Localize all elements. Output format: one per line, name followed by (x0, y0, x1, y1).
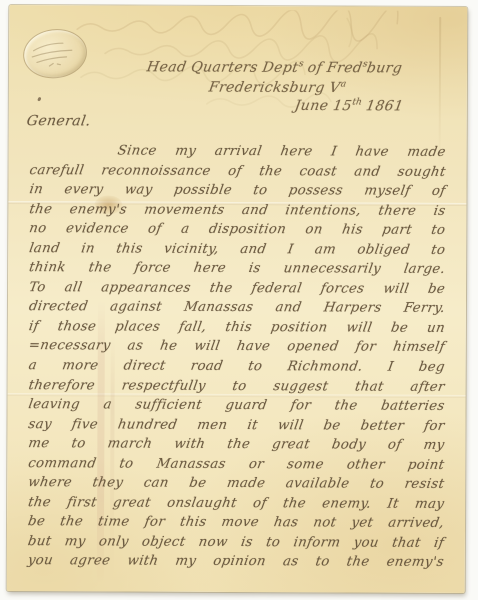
letter-line: no evidence of a disposition on his part… (28, 219, 447, 240)
letter-line: To all appearances the federal forces wi… (27, 278, 446, 299)
letter-line: Since my arrival here I have made (28, 141, 447, 162)
letter-line: leaving a sufficient guard for the batte… (27, 395, 446, 416)
heading-text: Fredericksburg V (208, 80, 342, 97)
heading-place-line: Fredericksburg Va (208, 79, 347, 96)
salutation: General. (25, 113, 92, 129)
letter-line: in every way possible to possess myself … (28, 180, 447, 201)
date-text: 1861 (360, 98, 405, 114)
letter-line: the enemy's movements and intentions, th… (28, 200, 447, 221)
letter-line: me to march with the great body of my (27, 434, 446, 455)
letter-line: therefore respectfully to suggest that a… (27, 376, 446, 397)
letter-line: you agree with my opinion as to the enem… (26, 552, 445, 573)
letter-line: =necessary as he will have opened for hi… (27, 337, 446, 358)
letter-line: directed against Manassas and Harpers Fe… (27, 297, 446, 318)
letter-paper: Head Quarters Depts of Fredsburg Frederi… (7, 5, 468, 593)
letter-line: carefull reconnoissance of the coast and… (28, 161, 447, 182)
letter-line: but my only object now is to inform you … (26, 532, 445, 553)
heading-text: of Fred (302, 60, 364, 76)
letter-line: be the time for this move has not yet ar… (26, 512, 445, 533)
letter-line: a more direct road to Richmond. I beg (27, 356, 446, 377)
heading-text: Head Quarters Dept (146, 59, 300, 76)
letter-line: if those places fall, this position will… (27, 317, 446, 338)
heading-department-line: Head Quarters Depts of Fredsburg (146, 59, 404, 77)
letter-line: the first great onslaught of the enemy. … (27, 493, 446, 514)
letter-line: say five hundred men it will be better f… (27, 415, 446, 436)
date-text: June 15 (293, 98, 353, 114)
scan-background: { "letter": { "heading": { "line1": { "p… (0, 0, 478, 600)
heading-text: burg (366, 60, 404, 76)
letter-line: where they can be made available to resi… (27, 473, 446, 494)
letter-body: Since my arrival here I have made carefu… (28, 141, 446, 573)
letter-line: think the force here is unnecessarily la… (28, 258, 447, 279)
letter-line: command to Manassas or some other point (27, 454, 446, 475)
heading-date-line: June 15th 1861 (293, 97, 404, 114)
letter-line: land in this vicinity, and I am obliged … (28, 239, 447, 260)
heading-superscript: a (340, 79, 347, 89)
